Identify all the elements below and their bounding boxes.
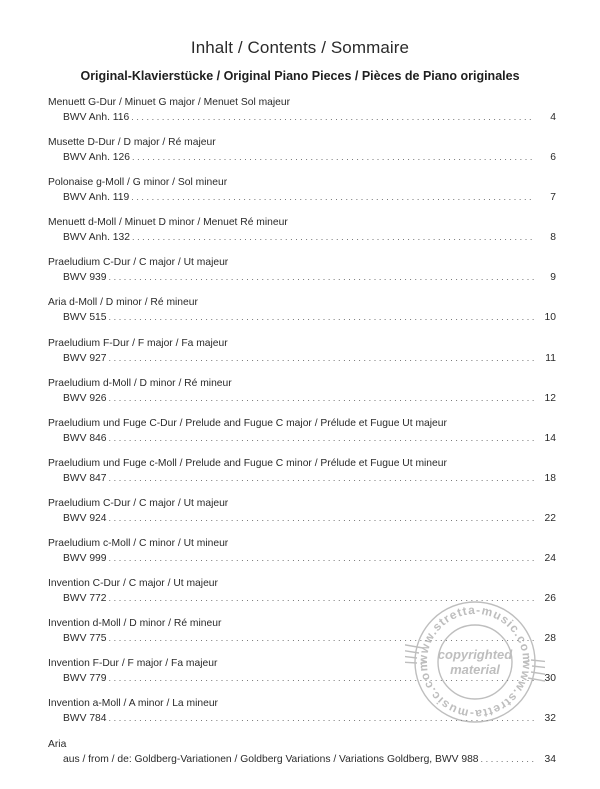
toc-entry-catalog-ref: BWV Anh. 126 [63, 151, 130, 165]
toc-entry-title: Menuett G-Dur / Minuet G major / Menuet … [48, 96, 556, 110]
toc-entry-title: Praeludium und Fuge C-Dur / Prelude and … [48, 417, 556, 431]
leader-dots: ........................................… [109, 351, 535, 365]
toc-entry-catalog-ref: BWV 926 [63, 392, 107, 406]
leader-dots: ........................................… [131, 190, 534, 204]
toc-entry-page-number: 4 [538, 111, 556, 125]
section-heading: Original-Klavierstücke / Original Piano … [0, 69, 600, 83]
toc-entry-page-number: 14 [538, 432, 556, 446]
toc-entry-catalog-ref: BWV 939 [63, 271, 107, 285]
toc-entry-catalog-ref: BWV 515 [63, 311, 107, 325]
toc-entry-catalog-ref: BWV 924 [63, 512, 107, 526]
toc-entry[interactable]: Praeludium und Fuge c-Moll / Prelude and… [48, 457, 556, 497]
toc-entry-catalog-ref: BWV 784 [63, 712, 107, 726]
toc-entry-page-number: 22 [538, 512, 556, 526]
toc-entry-page-number: 7 [538, 191, 556, 205]
toc-entry[interactable]: Musette D-Dur / D major / Ré majeur BWV … [48, 136, 556, 176]
toc-entry-catalog-ref: BWV 927 [63, 352, 107, 366]
toc-entry-page-number: 32 [538, 712, 556, 726]
toc-entry[interactable]: Praeludium und Fuge C-Dur / Prelude and … [48, 417, 556, 457]
toc-entry-title: Praeludium F-Dur / F major / Fa majeur [48, 337, 556, 351]
toc-entry[interactable]: Praeludium c-Moll / C minor / Ut mineur … [48, 537, 556, 577]
toc-entry[interactable]: Polonaise g-Moll / G minor / Sol mineur … [48, 176, 556, 216]
leader-dots: ........................................… [109, 511, 535, 525]
leader-dots: ........................................… [109, 551, 535, 565]
toc-entry[interactable]: Invention a-Moll / A minor / La mineur B… [48, 697, 556, 737]
toc-entry-catalog-ref: BWV Anh. 116 [63, 111, 129, 125]
toc-entry-title: Menuett d-Moll / Minuet D minor / Menuet… [48, 216, 556, 230]
toc-entry-catalog-ref: BWV 999 [63, 552, 107, 566]
toc-entry-catalog-ref: aus / from / de: Goldberg-Variationen / … [63, 753, 479, 767]
toc-entry-page-number: 24 [538, 552, 556, 566]
toc-entry[interactable]: Invention F-Dur / F major / Fa majeur BW… [48, 657, 556, 697]
toc-entry-title: Praeludium c-Moll / C minor / Ut mineur [48, 537, 556, 551]
toc-entry-page-number: 26 [538, 592, 556, 606]
toc-entry-title: Praeludium d-Moll / D minor / Ré mineur [48, 377, 556, 391]
toc-entry-title: Aria [48, 738, 556, 752]
toc-entry[interactable]: Invention d-Moll / D minor / Ré mineur B… [48, 617, 556, 657]
toc-entry-catalog-ref: BWV 775 [63, 632, 107, 646]
toc-entry-title: Invention d-Moll / D minor / Ré mineur [48, 617, 556, 631]
toc-entry-catalog-ref: BWV 779 [63, 672, 107, 686]
leader-dots: ........................................… [131, 110, 534, 124]
toc-entry-catalog-ref: BWV 772 [63, 592, 107, 606]
toc-entry-page-number: 9 [538, 271, 556, 285]
toc-entry-catalog-ref: BWV 847 [63, 472, 107, 486]
toc-entry-title: Praeludium C-Dur / C major / Ut majeur [48, 497, 556, 511]
toc-entry-page-number: 12 [538, 392, 556, 406]
toc-entry[interactable]: Praeludium F-Dur / F major / Fa majeur B… [48, 337, 556, 377]
toc-entry-title: Invention F-Dur / F major / Fa majeur [48, 657, 556, 671]
leader-dots: ........................................… [109, 270, 535, 284]
toc-entry[interactable]: Praeludium d-Moll / D minor / Ré mineur … [48, 377, 556, 417]
toc-entry-title: Invention C-Dur / C major / Ut majeur [48, 577, 556, 591]
toc-entry-title: Aria d-Moll / D minor / Ré mineur [48, 296, 556, 310]
leader-dots: ........................................… [132, 230, 534, 244]
toc-entry[interactable]: Menuett d-Moll / Minuet D minor / Menuet… [48, 216, 556, 256]
toc-entry-title: Musette D-Dur / D major / Ré majeur [48, 136, 556, 150]
leader-dots: ........................................… [109, 391, 535, 405]
toc-entry-page-number: 6 [538, 151, 556, 165]
leader-dots: ........................................… [109, 431, 535, 445]
leader-dots: ........................................… [481, 752, 534, 766]
toc-entry-page-number: 11 [538, 352, 556, 366]
leader-dots: ........................................… [132, 150, 534, 164]
toc-entry[interactable]: Invention C-Dur / C major / Ut majeur BW… [48, 577, 556, 617]
toc-entry-page-number: 8 [538, 231, 556, 245]
toc-entry[interactable]: Praeludium C-Dur / C major / Ut majeur B… [48, 256, 556, 296]
toc-entry[interactable]: Aria aus / from / de: Goldberg-Variation… [48, 738, 556, 778]
toc-entry-title: Praeludium und Fuge c-Moll / Prelude and… [48, 457, 556, 471]
leader-dots: ........................................… [109, 591, 535, 605]
toc-entry-title: Invention a-Moll / A minor / La mineur [48, 697, 556, 711]
leader-dots: ........................................… [109, 631, 535, 645]
toc-entry-page-number: 18 [538, 472, 556, 486]
toc-entry[interactable]: Praeludium C-Dur / C major / Ut majeur B… [48, 497, 556, 537]
page-title: Inhalt / Contents / Sommaire [0, 38, 600, 58]
toc-entry-title: Praeludium C-Dur / C major / Ut majeur [48, 256, 556, 270]
leader-dots: ........................................… [109, 671, 535, 685]
toc-entry-title: Polonaise g-Moll / G minor / Sol mineur [48, 176, 556, 190]
toc-entry-catalog-ref: BWV Anh. 119 [63, 191, 129, 205]
toc-entry-page-number: 30 [538, 672, 556, 686]
toc-entry-page-number: 10 [538, 311, 556, 325]
toc-entry-catalog-ref: BWV 846 [63, 432, 107, 446]
toc-entry-page-number: 34 [538, 753, 556, 767]
leader-dots: ........................................… [109, 711, 535, 725]
toc-entry[interactable]: Aria d-Moll / D minor / Ré mineur BWV 51… [48, 296, 556, 336]
table-of-contents: Menuett G-Dur / Minuet G major / Menuet … [48, 96, 556, 778]
toc-entry-page-number: 28 [538, 632, 556, 646]
leader-dots: ........................................… [109, 310, 535, 324]
leader-dots: ........................................… [109, 471, 535, 485]
toc-entry-catalog-ref: BWV Anh. 132 [63, 231, 130, 245]
toc-entry[interactable]: Menuett G-Dur / Minuet G major / Menuet … [48, 96, 556, 136]
